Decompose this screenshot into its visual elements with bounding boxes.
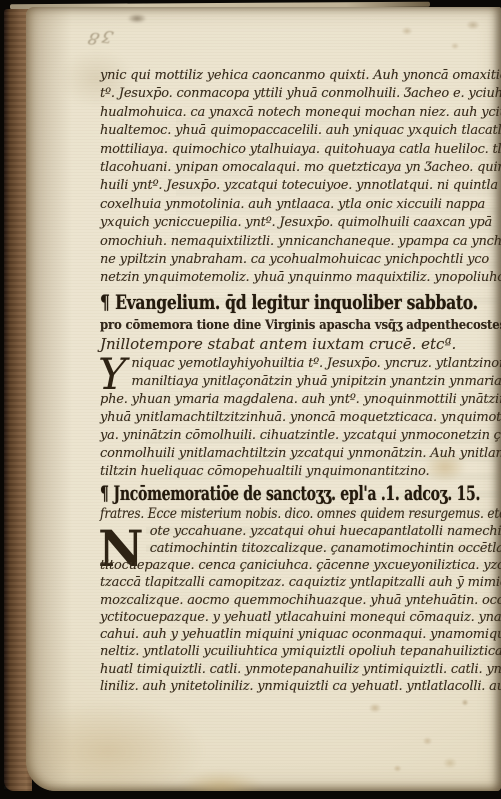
text-line: maniltiaya ynitlaçonātzin yhuā ynipitzin… [100,373,501,391]
heading-text: Jncōmemoratiōe de sanctoʒʒ. epl'a .1. ad… [114,481,481,505]
rubric-evangelium: ¶Evangelium. q̄d legitur inquoliber sabb… [100,288,414,317]
text-line: yctitocuepazque. y yehuatl ytlacahuini m… [100,609,501,626]
text-line: huatl timiquiztli. catli. ynmotepanahuil… [100,661,501,678]
text-line: tlacohuani. ynipan omocalaqui. mo quetzt… [100,159,501,177]
text-line: omochiuh. nemaquixtiliztli. ynnicanchane… [100,233,501,251]
latin-incipit-fratres: fratres. Ecce misterium nobis. dico. omn… [100,505,501,523]
drop-cap-initial: Y [98,355,126,390]
text-line: hualmohuica. ca ynaxcā notech monequi mo… [100,104,501,122]
text-line: huili yntº. Jesuxp̄o. yzcatqui totecuiyo… [100,177,501,195]
text-line: neltiz. yntlatolli ycuiliuhtica ymiquizt… [100,643,501,660]
text-block: ynic qui mottiliz yehica caoncanmo quixt… [100,67,501,695]
latin-incipit-stabat: Jnillotempore stabat antem iuxtam crucē.… [100,334,501,355]
stain [371,13,491,73]
text-line: ote yccahuane. yzcatqui ohui huecapantla… [100,523,501,540]
pilcrow-mark: ¶ [100,481,109,505]
text-line: catimochintin titozcalizque. çanamotimoc… [100,540,501,557]
text-line: titocuepazque. cenca çaniciuhca. çācenne… [100,557,501,574]
text-line: tiltzin hueliquac cōmopehualtili ynquimo… [100,463,501,481]
text-line: yxquich ycniccuepilia. yntº. Jesuxp̄o. q… [100,214,501,232]
nahuatl-paragraph-stabat: Yniquac yemotlayhiyohuiltia tº. Jesuxp̄o… [100,355,501,481]
text-line: ynic qui mottiliz yehica caoncanmo quixt… [100,67,501,85]
text-line: fratres. Ecce misterium nobis. dico. omn… [100,505,454,523]
text-line: ya. yninātzin cōmolhuili. cihuatzintle. … [100,427,501,445]
gutter-shadow [26,7,72,791]
text-line: Jnillotempore stabat antem iuxtam crucē.… [100,334,501,355]
text-line: mozcalizque. aocmo quemmochihuazque. yhu… [100,592,501,609]
text-line: niquac yemotlayhiyohuiltia tº. Jesuxp̄o.… [100,355,501,373]
rubric-commemoratione: ¶Jncōmemoratiōe de sanctoʒʒ. epl'a .1. a… [100,481,381,505]
heading-text: Evangelium. q̄d legitur inquoliber sabba… [115,290,478,314]
stain [124,12,150,25]
text-line: coxelhuia ynmotolinia. auh yntlaaca. ytl… [100,196,501,214]
drop-cap-initial: N [98,523,144,557]
manuscript-photo: ʒ8 ynic qui mottiliz yehica caoncanmo qu… [0,0,501,799]
text-line: pro cōmemora tione dine Virginis apascha… [100,317,462,334]
nahuatl-paragraph-resurrection: Note yccahuane. yzcatqui ohui huecapantl… [100,523,501,695]
text-line: tzaccā tlapitzalli camopitzaz. caquiztiz… [100,574,501,591]
text-line: cahui. auh y yehuatlin miquini yniquac o… [100,626,501,643]
text-line: hualtemoc. yhuā quimopaccacelili. auh yn… [100,122,501,140]
text-line: mottiliaya. quimochico ytalhuiaya. quito… [100,141,501,159]
text-line: conmolhuili ynitlamachtiltzin yzcatqui y… [100,445,501,463]
text-line: tº. Jesuxp̄o. conmacopa yttili yhuā conm… [100,85,501,103]
text-line: ne ypiltzin ynabraham. ca ycohualmohuica… [100,251,501,269]
manuscript-page: ʒ8 ynic qui mottiliz yehica caoncanmo qu… [26,7,501,791]
text-line: phe. yhuan ymaria magdalena. auh yntº. y… [100,391,501,409]
text-line: yhuā ynitlamachtiltzitzinhuā. ynoncā moq… [100,409,501,427]
nahuatl-paragraph-zacheo: ynic qui mottiliz yehica caoncanmo quixt… [100,67,501,288]
text-line: netzin ynquimotemoliz. yhuā ynquinmo maq… [100,269,501,287]
rubric-evangelium-sub: pro cōmemora tione dine Virginis apascha… [100,317,501,334]
text-line: liniliz. auh ynitetoliniliz. ynmiquiztli… [100,678,501,695]
pilcrow-mark: ¶ [100,290,110,314]
stain [166,761,276,791]
